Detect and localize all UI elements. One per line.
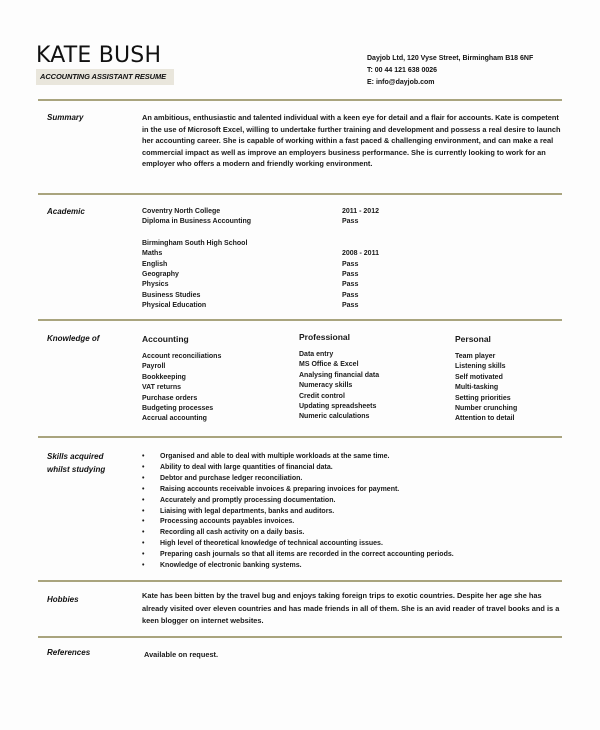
knowledge-item: Team player [455, 352, 517, 362]
knowledge-item: Listening skills [455, 362, 517, 372]
school-subject: Maths [142, 249, 251, 259]
column-heading: Personal [455, 333, 517, 345]
contact-block: Dayjob Ltd, 120 Vyse Street, Birmingham … [367, 53, 533, 89]
academic-institutions: Coventry North College Diploma in Busine… [142, 207, 251, 312]
skills-label-line2: whilst studying [47, 463, 105, 476]
contact-email: E: info@dayjob.com [367, 77, 533, 89]
bullet-icon: • [142, 507, 144, 518]
skill-text: Accurately and promptly processing docum… [160, 497, 335, 504]
skill-text: Preparing cash journals so that all item… [160, 551, 454, 558]
column-heading: Professional [299, 331, 379, 343]
skills-label: Skills acquired whilst studying [47, 450, 105, 476]
candidate-name: KATE BUSH [36, 43, 161, 68]
skill-text: Raising accounts receivable invoices & p… [160, 486, 399, 493]
knowledge-column-accounting: Accounting Account reconciliations Payro… [142, 333, 221, 425]
bullet-icon: • [142, 452, 144, 463]
knowledge-column-professional: Professional Data entry MS Office & Exce… [299, 331, 379, 423]
college-result: Pass [342, 217, 379, 227]
skill-item: •Debtor and purchase ledger reconciliati… [126, 474, 454, 485]
knowledge-item: Data entry [299, 350, 379, 360]
skill-text: Processing accounts payables invoices. [160, 518, 294, 525]
knowledge-item: Purchase orders [142, 394, 221, 404]
knowledge-column-personal: Personal Team player Listening skills Se… [455, 333, 517, 425]
skill-item: •Organised and able to deal with multipl… [126, 452, 454, 463]
knowledge-item: Bookkeeping [142, 373, 221, 383]
skill-text: Ability to deal with large quantities of… [160, 464, 333, 471]
skill-text: High level of theoretical knowledge of t… [160, 540, 383, 547]
skill-text: Organised and able to deal with multiple… [160, 453, 390, 460]
academic-results: 2011 - 2012 Pass 2008 - 2011 Pass Pass P… [342, 207, 379, 312]
skill-item: •Liaising with legal departments, banks … [126, 507, 454, 518]
skill-item: •Accurately and promptly processing docu… [126, 496, 454, 507]
hobbies-label: Hobbies [47, 594, 79, 606]
skill-item: •Processing accounts payables invoices. [126, 517, 454, 528]
bullet-icon: • [142, 485, 144, 496]
knowledge-item: Number crunching [455, 404, 517, 414]
contact-phone: T: 00 44 121 638 0026 [367, 65, 533, 77]
bullet-icon: • [142, 517, 144, 528]
skill-item: •High level of theoretical knowledge of … [126, 539, 454, 550]
knowledge-item: Numeric calculations [299, 412, 379, 422]
school-name: Birmingham South High School [142, 239, 251, 249]
bullet-icon: • [142, 550, 144, 561]
knowledge-item: MS Office & Excel [299, 360, 379, 370]
knowledge-item: Analysing financial data [299, 371, 379, 381]
bullet-icon: • [142, 539, 144, 550]
bullet-icon: • [142, 463, 144, 474]
college-name: Coventry North College [142, 207, 251, 217]
knowledge-item: Updating spreadsheets [299, 402, 379, 412]
school-subject: Geography [142, 270, 251, 280]
academic-label: Academic [47, 206, 85, 218]
knowledge-item: Account reconciliations [142, 352, 221, 362]
skill-text: Knowledge of electronic banking systems. [160, 562, 302, 569]
school-result: 2008 - 2011 [342, 249, 379, 259]
bullet-icon: • [142, 496, 144, 507]
skill-text: Recording all cash activity on a daily b… [160, 529, 304, 536]
references-label: References [47, 647, 90, 659]
knowledge-item: VAT returns [142, 383, 221, 393]
school-subject: Business Studies [142, 291, 251, 301]
school-subject: Physics [142, 280, 251, 290]
knowledge-item: Payroll [142, 362, 221, 372]
school-result: Pass [342, 301, 379, 311]
resume-page: KATE BUSH ACCOUNTING ASSISTANT RESUME Da… [0, 0, 600, 730]
contact-address: Dayjob Ltd, 120 Vyse Street, Birmingham … [367, 53, 533, 65]
section-divider [38, 580, 562, 582]
knowledge-item: Attention to detail [455, 414, 517, 424]
bullet-icon: • [142, 474, 144, 485]
skills-list: •Organised and able to deal with multipl… [126, 452, 454, 572]
summary-label: Summary [47, 112, 83, 124]
college-course: Diploma in Business Accounting [142, 217, 251, 227]
school-subject: English [142, 260, 251, 270]
skill-text: Liaising with legal departments, banks a… [160, 508, 334, 515]
school-result: Pass [342, 260, 379, 270]
resume-subtitle: ACCOUNTING ASSISTANT RESUME [36, 69, 174, 85]
knowledge-item: Setting priorities [455, 394, 517, 404]
knowledge-item: Accrual accounting [142, 414, 221, 424]
section-divider [38, 99, 562, 101]
skill-text: Debtor and purchase ledger reconciliatio… [160, 475, 302, 482]
school-result: Pass [342, 291, 379, 301]
skill-item: •Knowledge of electronic banking systems… [126, 561, 454, 572]
hobbies-text: Kate has been bitten by the travel bug a… [142, 590, 562, 628]
bullet-icon: • [142, 528, 144, 539]
college-years: 2011 - 2012 [342, 207, 379, 217]
knowledge-item: Numeracy skills [299, 381, 379, 391]
knowledge-label: Knowledge of [47, 333, 99, 345]
section-divider [38, 319, 562, 321]
section-divider [38, 193, 562, 195]
skill-item: •Ability to deal with large quantities o… [126, 463, 454, 474]
skill-item: •Preparing cash journals so that all ite… [126, 550, 454, 561]
school-result: Pass [342, 280, 379, 290]
skill-item: •Raising accounts receivable invoices & … [126, 485, 454, 496]
summary-text: An ambitious, enthusiastic and talented … [142, 112, 562, 170]
bullet-icon: • [142, 561, 144, 572]
skills-label-line1: Skills acquired [47, 450, 105, 463]
knowledge-item: Self motivated [455, 373, 517, 383]
section-divider [38, 636, 562, 638]
column-heading: Accounting [142, 333, 221, 345]
school-result: Pass [342, 270, 379, 280]
school-subject: Physical Education [142, 301, 251, 311]
references-text: Available on request. [144, 649, 564, 661]
knowledge-item: Multi-tasking [455, 383, 517, 393]
knowledge-item: Budgeting processes [142, 404, 221, 414]
section-divider [38, 436, 562, 438]
knowledge-item: Credit control [299, 392, 379, 402]
skill-item: •Recording all cash activity on a daily … [126, 528, 454, 539]
